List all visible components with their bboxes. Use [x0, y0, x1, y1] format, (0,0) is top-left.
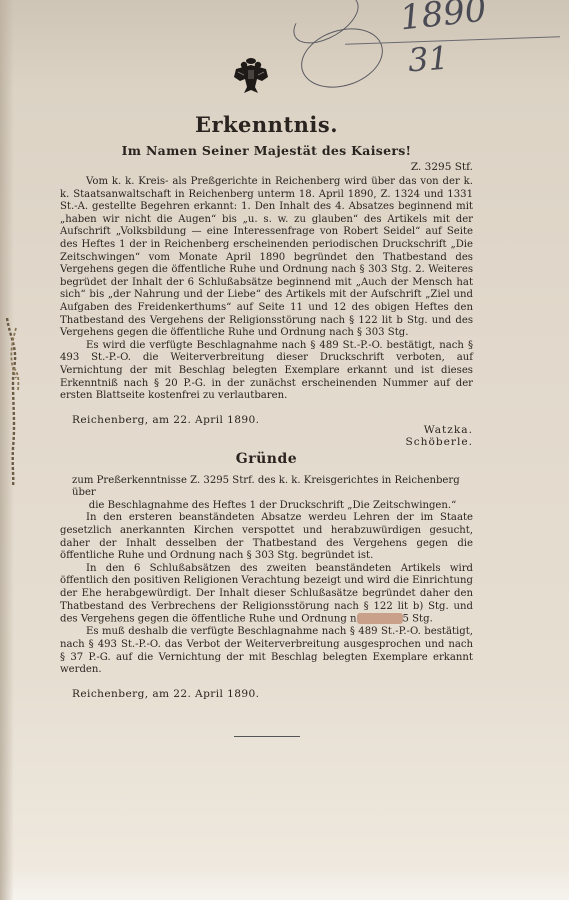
- reasons-place-date: Reichenberg, am 22. April 1890.: [72, 688, 473, 700]
- handwritten-number: 31: [407, 39, 450, 80]
- reasons-heading: Gründe: [60, 451, 473, 467]
- reasons-intro-line: die Beschlagnahme des Heftes 1 der Druck…: [72, 500, 473, 513]
- reasons-paragraph: Es muß deshalb die verfügte Beschlagnahm…: [60, 626, 473, 676]
- verdict-paragraph: Vom k. k. Kreis- als Preßgerichte in Rei…: [60, 176, 473, 340]
- signatures: Watzka. Schöberle.: [60, 424, 473, 448]
- verdict-paragraph: Es wird die verfügte Beschlagnahme nach …: [60, 340, 473, 403]
- reasons-intro: zum Preßerkenntnisse Z. 3295 Strf. des k…: [60, 475, 473, 513]
- decree-document: Erkenntnis. Im Namen Seiner Majestät des…: [60, 110, 473, 737]
- reasons-text: 5 Stg.: [403, 614, 433, 625]
- handwritten-year: 1890: [398, 0, 488, 38]
- document-subtitle: Im Namen Seiner Majestät des Kaisers!: [60, 143, 473, 158]
- reasons-paragraph: In den 6 Schlußabsätzen des zweiten bean…: [60, 563, 473, 626]
- redaction-stain: [357, 613, 403, 624]
- document-title: Erkenntnis.: [60, 112, 473, 137]
- reasons-intro-line: zum Preßerkenntnisse Z. 3295 Strf. des k…: [72, 475, 473, 500]
- double-headed-eagle-icon: [232, 55, 270, 95]
- binding-string: [4, 318, 20, 486]
- signature: Schöberle.: [60, 436, 473, 448]
- closing-rule: [234, 736, 300, 737]
- reasons-paragraph: In den ersteren beanständeten Absatze we…: [60, 512, 473, 562]
- case-reference: Z. 3295 Stf.: [60, 161, 473, 173]
